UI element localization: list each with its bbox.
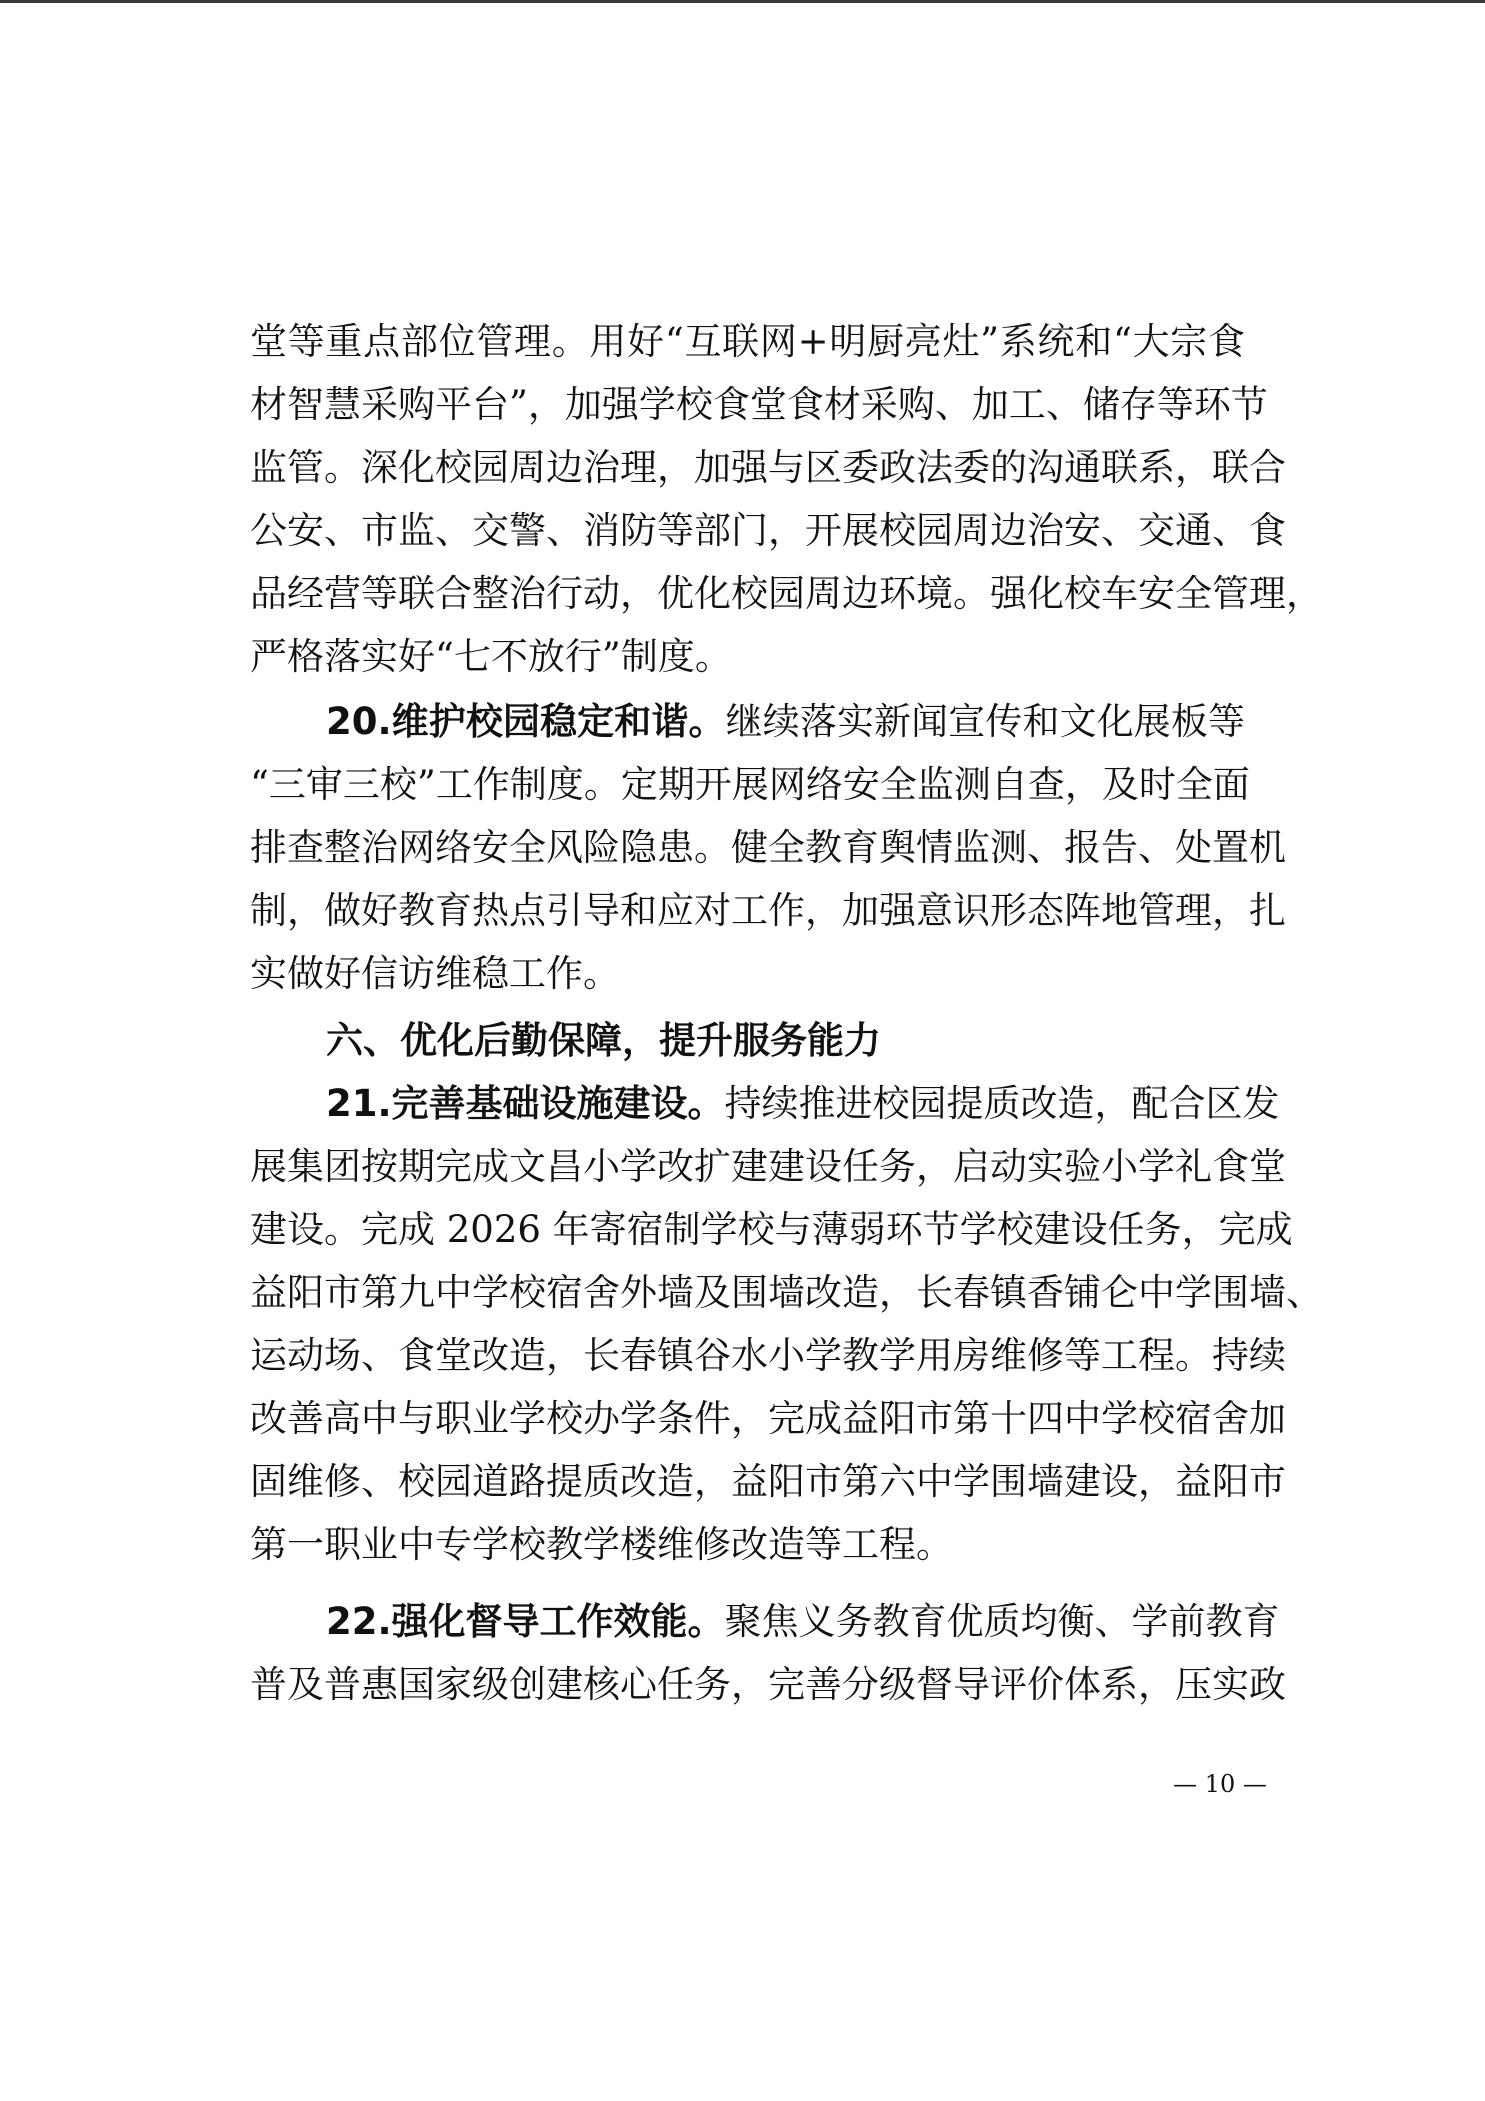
section-22-first-line: 22.强化督导工作效能。聚焦义务教育优质均衡、学前教育	[326, 1597, 1245, 1647]
paragraph-line: 展集团按期完成文昌小学改扩建建设任务，启动实验小学礼食堂	[250, 1142, 1245, 1192]
paragraph-line: 改善高中与职业学校办学条件，完成益阳市第十四中学校宿舍加	[250, 1394, 1245, 1444]
page-number: — 10 —	[1170, 1766, 1270, 1802]
paragraph-line: 建设。完成 2026 年寄宿制学校与薄弱环节学校建设任务，完成	[250, 1205, 1245, 1255]
document-page: 堂等重点部位管理。用好“互联网+明厨亮灶”系统和“大宗食 材智慧采购平台”，加强…	[0, 0, 1485, 2101]
section-22-title: 22.强化督导工作效能。	[326, 1600, 725, 1643]
paragraph-line: 严格落实好“七不放行”制度。	[250, 632, 1245, 682]
section-22-text: 聚焦义务教育优质均衡、学前教育	[725, 1600, 1280, 1643]
section-20-title: 20.维护校园稳定和谐。	[326, 700, 726, 743]
section-21-text: 持续推进校园提质改造，配合区发	[725, 1082, 1280, 1125]
paragraph-line: 品经营等联合整治行动，优化校园周边环境。强化校车安全管理，	[250, 569, 1245, 619]
paragraph-line: “三审三校”工作制度。定期开展网络安全监测自查，及时全面	[250, 760, 1245, 810]
paragraph-line: 普及普惠国家级创建核心任务，完善分级督导评价体系，压实政	[250, 1660, 1245, 1710]
section-21-title: 21.完善基础设施建设。	[326, 1082, 725, 1125]
section-20-text: 继续落实新闻宣传和文化展板等	[726, 700, 1245, 743]
paragraph-line: 固维修、校园道路提质改造，益阳市第六中学围墙建设，益阳市	[250, 1457, 1245, 1507]
section-21-first-line: 21.完善基础设施建设。持续推进校园提质改造，配合区发	[326, 1079, 1245, 1129]
paragraph-line: 益阳市第九中学校宿舍外墙及围墙改造，长春镇香铺仑中学围墙、	[250, 1268, 1262, 1318]
section-heading-6: 六、优化后勤保障，提升服务能力	[326, 1016, 1245, 1066]
paragraph-line: 堂等重点部位管理。用好“互联网+明厨亮灶”系统和“大宗食	[250, 317, 1245, 367]
paragraph-line: 公安、市监、交警、消防等部门，开展校园周边治安、交通、食	[250, 506, 1245, 556]
paragraph-line: 监管。深化校园周边治理，加强与区委政法委的沟通联系，联合	[250, 443, 1245, 493]
paragraph-line: 运动场、食堂改造，长春镇谷水小学教学用房维修等工程。持续	[250, 1331, 1245, 1381]
paragraph-line: 排查整治网络安全风险隐患。健全教育舆情监测、报告、处置机	[250, 823, 1245, 873]
section-20-first-line: 20.维护校园稳定和谐。继续落实新闻宣传和文化展板等	[326, 697, 1245, 747]
paragraph-line: 制，做好教育热点引导和应对工作，加强意识形态阵地管理，扎	[250, 886, 1245, 936]
paragraph-line: 第一职业中专学校教学楼维修改造等工程。	[250, 1520, 1245, 1570]
paragraph-line: 实做好信访维稳工作。	[250, 949, 1245, 999]
paragraph-line: 材智慧采购平台”，加强学校食堂食材采购、加工、储存等环节	[250, 380, 1245, 430]
